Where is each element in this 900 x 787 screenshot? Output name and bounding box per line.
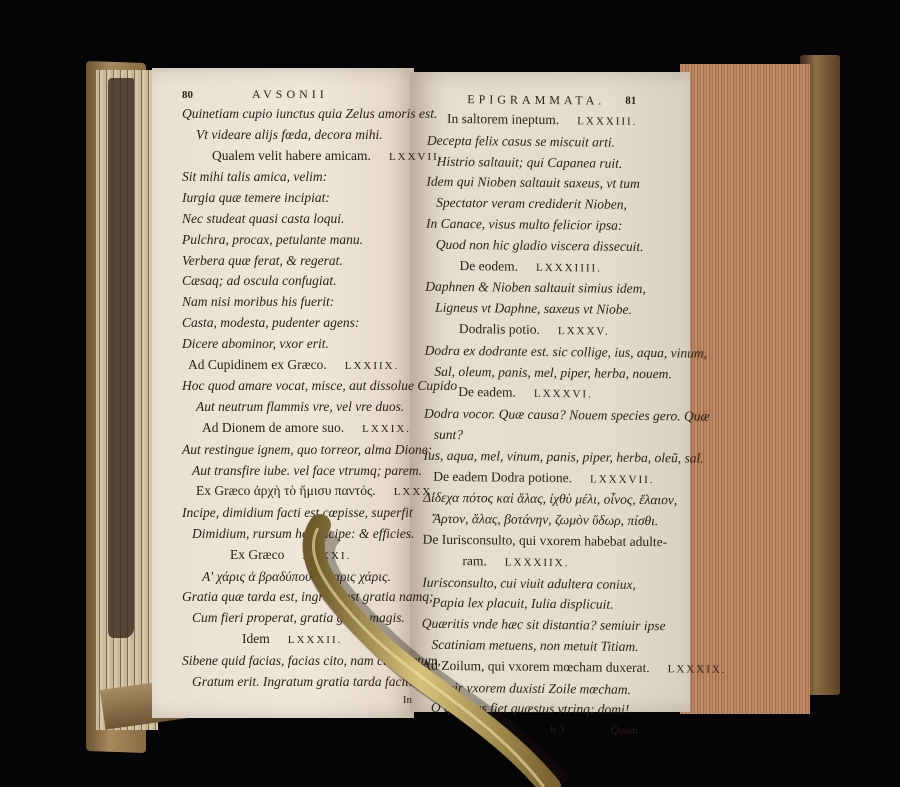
- line-text: Ἄρτον, ἅλας, βοτάνην, ζωμὸν ὕδωρ, πίσθι.: [433, 511, 659, 528]
- page-footer: b 3 Quum: [421, 719, 671, 742]
- line-text: De eodem.: [459, 258, 518, 274]
- line-text: Quod non hic gladio viscera dissecuit.: [436, 237, 644, 254]
- line-text: Quinetiam cupio iunctus quia Zelus amori…: [182, 106, 437, 121]
- text-line: In saltorem ineptum.LXXXIII.: [427, 109, 677, 133]
- right-page-lines: In saltorem ineptum.LXXXIII.Decepta feli…: [421, 109, 677, 722]
- text-line: Sibene quid facias, facias cito, nam cit…: [182, 651, 412, 672]
- line-text: Dodra vocor. Quæ causa? Nouem species ge…: [424, 406, 710, 424]
- text-line: Papia lex placuit, Iulia displicuit.: [422, 593, 672, 616]
- text-line: Aut transfire iube. vel face vtrumq; par…: [182, 461, 412, 482]
- line-text: Papia lex placuit, Iulia displicuit.: [432, 595, 614, 612]
- page-number: 81: [625, 91, 636, 112]
- page-number: 80: [182, 89, 193, 101]
- catchword: Quum: [611, 721, 638, 742]
- epigram-number: LXXXIII.: [577, 115, 637, 128]
- text-line: Qualem velit habere amicam.LXXVII.: [182, 146, 412, 168]
- text-line: Dodra ex dodrante est. sic collige, ius,…: [425, 340, 675, 363]
- left-page-text: 80 AVSONII Quinetiam cupio iunctus quia …: [182, 84, 412, 711]
- right-page-text: EPIGRAMMATA. 81 In saltorem ineptum.LXXX…: [421, 89, 678, 742]
- catchword: In: [182, 690, 412, 711]
- line-text: Dicere abominor, vxor erit.: [182, 336, 329, 351]
- text-line: Dodralis potio.LXXXV.: [425, 319, 675, 343]
- line-text: Ad Cupidinem ex Græco.: [188, 357, 327, 372]
- text-line: Sit mihi talis amica, velim:: [182, 167, 412, 188]
- text-line: Ad Cupidinem ex Græco.LXXIIX.: [182, 355, 412, 377]
- left-page-lines: Quinetiam cupio iunctus quia Zelus amori…: [182, 104, 412, 692]
- line-text: Quæritis vnde hæc sit distantia? semiuir…: [422, 616, 666, 634]
- text-line: Nam nisi moribus his fuerit:: [182, 292, 412, 313]
- right-fore-edge: [680, 64, 810, 714]
- line-text: Decepta felix casus se miscuit arti.: [427, 133, 615, 150]
- text-line: Semiuir vxorem duxisti Zoile mœcham.: [421, 677, 671, 700]
- line-text: Sibene quid facias, facias cito, nam cit…: [182, 653, 441, 668]
- line-text: Casta, modesta, pudenter agens:: [182, 315, 359, 330]
- line-text: Dimidium, rursum hoc incipe: & efficies.: [192, 526, 414, 541]
- epigram-number: LXXXVII.: [590, 473, 655, 486]
- line-text: Daphnen & Nioben saltauit simius idem,: [425, 279, 646, 296]
- text-line: Daphnen & Nioben saltauit simius idem,: [425, 277, 675, 300]
- text-line: Vt videare alijs fœda, decora mihi.: [182, 125, 412, 146]
- line-text: Nec studeat quasi casta loqui.: [182, 211, 344, 226]
- line-text: Idem: [242, 631, 270, 646]
- text-line: Cæsaq; ad oscula confugiat.: [182, 271, 412, 292]
- text-line: De eodem.LXXXIIII.: [425, 255, 675, 279]
- photo-scene: 80 AVSONII Quinetiam cupio iunctus quia …: [0, 0, 900, 787]
- line-text: Scatiniam metuens, non metuit Titiam.: [432, 637, 639, 654]
- text-line: ram.LXXXIIX.: [422, 550, 672, 574]
- line-text: De eadem.: [458, 384, 516, 400]
- line-text: Sit mihi talis amica, velim:: [182, 169, 327, 184]
- text-line: Quæritis vnde hæc sit distantia? semiuir…: [422, 614, 672, 637]
- line-text: Aut restingue ignem, quo torreor, alma D…: [182, 442, 432, 457]
- text-line: De eadem Dodra potione.LXXXVII.: [423, 466, 673, 490]
- line-text: Pulchra, procax, petulante manu.: [182, 232, 363, 247]
- left-edge-shadow: [108, 78, 134, 638]
- text-line: Ad Zoilum, qui vxorem mœcham duxerat.LXX…: [421, 655, 671, 679]
- line-text: sunt?: [434, 427, 463, 442]
- text-line: Ad Dionem de amore suo.LXXIX.: [182, 418, 412, 440]
- line-text: Cum fieri properat, gratia grata magis.: [192, 610, 405, 625]
- text-line: Nec studeat quasi casta loqui.: [182, 209, 412, 230]
- line-text: Idem qui Nioben saltauit saxeus, vt tum: [426, 174, 640, 191]
- line-text: Cæsaq; ad oscula confugiat.: [182, 273, 337, 288]
- line-text: In saltorem ineptum.: [447, 111, 559, 127]
- line-text: In Canace, visus multo felicior ipsa:: [426, 216, 623, 233]
- line-text: Hoc quod amare vocat, misce, aut dissolu…: [182, 378, 457, 393]
- running-head: EPIGRAMMATA.: [467, 89, 605, 111]
- epigram-number: LXXXIX.: [668, 663, 727, 676]
- text-line: Iurgia quæ temere incipiat:: [182, 188, 412, 209]
- text-line: De eadem.LXXXVI.: [424, 382, 674, 406]
- line-text: Qualem velit habere amicam.: [212, 148, 371, 163]
- line-text: Incipe, dimidium facti est cœpisse, supe…: [182, 505, 413, 520]
- text-line: Hoc quod amare vocat, misce, aut dissolu…: [182, 376, 412, 397]
- line-text: O quantus fiet quæstus vtrinq; domi!: [431, 700, 630, 717]
- text-line: sunt?: [424, 425, 674, 448]
- text-line: Dicere abominor, vxor erit.: [182, 334, 412, 355]
- text-line: Δίδεχα πότος καὶ ἅλας, ἰχθὺ μέλι, οἶνος,…: [423, 488, 673, 511]
- text-line: Aut neutrum flammis vre, vel vre duos.: [182, 397, 412, 418]
- text-line: Aut restingue ignem, quo torreor, alma D…: [182, 440, 412, 461]
- line-text: Nam nisi moribus his fuerit:: [182, 294, 334, 309]
- text-line: Pulchra, procax, petulante manu.: [182, 230, 412, 251]
- line-text: Vt videare alijs fœda, decora mihi.: [196, 127, 383, 142]
- line-text: Ad Dionem de amore suo.: [202, 420, 344, 435]
- line-text: ram.: [462, 553, 487, 568]
- text-line: Spectator veram crediderit Nioben,: [426, 193, 676, 216]
- text-line: Cum fieri properat, gratia grata magis.: [182, 608, 412, 629]
- line-text: De Iurisconsulto, qui vxorem habebat adu…: [423, 532, 668, 550]
- text-line: Ex GræcoLXXXI.: [182, 545, 412, 567]
- epigram-number: LXXIIX.: [345, 360, 400, 372]
- line-text: Ex Græco: [230, 547, 284, 562]
- text-line: IdemLXXXII.: [182, 629, 412, 651]
- text-line: Sal, oleum, panis, mel, piper, herba, no…: [424, 361, 674, 384]
- line-text: Aut transfire iube. vel face vtrumq; par…: [192, 463, 422, 478]
- line-text: Gratum erit. Ingratum gratia tarda facit…: [192, 674, 412, 689]
- text-line: Ius, aqua, mel, vinum, panis, piper, her…: [423, 445, 673, 468]
- text-line: Idem qui Nioben saltauit saxeus, vt tum: [426, 172, 676, 195]
- text-line: Verbera quæ ferat, & regerat.: [182, 251, 412, 272]
- text-line: Dimidium, rursum hoc incipe: & efficies.: [182, 524, 412, 545]
- text-line: De Iurisconsulto, qui vxorem habebat adu…: [423, 530, 673, 553]
- running-head: AVSONII: [252, 84, 328, 105]
- line-text: Dodralis potio.: [459, 321, 540, 337]
- text-line: Iurisconsulto, cui viuit adultera coniux…: [422, 572, 672, 595]
- text-line: In Canace, visus multo felicior ipsa:: [426, 214, 676, 237]
- text-line: Scatiniam metuens, non metuit Titiam.: [421, 635, 671, 658]
- line-text: Semiuir vxorem duxisti Zoile mœcham.: [421, 679, 631, 696]
- line-text: Α' χάρις ἁ βραδύπους ἄχαρις χάρις.: [202, 569, 391, 584]
- signature-mark: b 3: [551, 720, 565, 741]
- epigram-number: LXXXV.: [558, 325, 610, 338]
- line-text: Dodra ex dodrante est. sic collige, ius,…: [425, 342, 707, 360]
- text-line: Ἄρτον, ἅλας, βοτάνην, ζωμὸν ὕδωρ, πίσθι.: [423, 509, 673, 532]
- line-text: Iurisconsulto, cui viuit adultera coniux…: [422, 574, 636, 591]
- line-text: Ad Zoilum, qui vxorem mœcham duxerat.: [421, 657, 649, 674]
- text-line: Quinetiam cupio iunctus quia Zelus amori…: [182, 104, 412, 125]
- line-text: Sal, oleum, panis, mel, piper, herba, no…: [434, 363, 672, 380]
- text-line: Quod non hic gladio viscera dissecuit.: [426, 234, 676, 257]
- text-line: Histrio saltauit; qui Capanea ruit.: [427, 151, 677, 174]
- text-line: O quantus fiet quæstus vtrinq; domi!: [421, 698, 671, 721]
- text-line: Decepta felix casus se miscuit arti.: [427, 131, 677, 154]
- line-text: Gratia quæ tarda est, ingrata est gratia…: [182, 589, 434, 604]
- epigram-number: LXXXI.: [302, 550, 351, 562]
- line-text: Verbera quæ ferat, & regerat.: [182, 253, 343, 268]
- epigram-number: LXXXII.: [288, 634, 343, 646]
- left-page-header: 80 AVSONII: [182, 84, 412, 104]
- text-line: Dodra vocor. Quæ causa? Nouem species ge…: [424, 404, 674, 427]
- text-line: Ligneus vt Daphne, saxeus vt Niobe.: [425, 298, 675, 321]
- line-text: Ius, aqua, mel, vinum, panis, piper, her…: [423, 447, 703, 465]
- epigram-number: LXXIX.: [362, 423, 411, 435]
- text-line: Α' χάρις ἁ βραδύπους ἄχαρις χάρις.: [182, 567, 412, 588]
- line-text: Δίδεχα πότος καὶ ἅλας, ἰχθὺ μέλι, οἶνος,…: [423, 490, 677, 508]
- text-line: Incipe, dimidium facti est cœpisse, supe…: [182, 503, 412, 524]
- line-text: De eadem Dodra potione.: [433, 468, 572, 484]
- text-line: Gratum erit. Ingratum gratia tarda facit…: [182, 672, 412, 693]
- text-line: Casta, modesta, pudenter agens:: [182, 313, 412, 334]
- text-line: Gratia quæ tarda est, ingrata est gratia…: [182, 587, 412, 608]
- line-text: Histrio saltauit; qui Capanea ruit.: [437, 153, 623, 170]
- text-line: Ex Græco ἀρχὴ τὸ ἥμισυ παντός.LXXX.: [182, 481, 412, 503]
- epigram-number: LXXXIIX.: [505, 556, 570, 569]
- line-text: Ligneus vt Daphne, saxeus vt Niobe.: [435, 300, 632, 317]
- line-text: Ex Græco ἀρχὴ τὸ ἥμισυ παντός.: [196, 483, 376, 498]
- epigram-number: LXXXVI.: [534, 388, 593, 401]
- right-page-header: EPIGRAMMATA. 81: [427, 89, 677, 112]
- epigram-number: LXXXIIII.: [536, 261, 602, 274]
- line-text: Aut neutrum flammis vre, vel vre duos.: [196, 399, 404, 414]
- line-text: Iurgia quæ temere incipiat:: [182, 190, 330, 205]
- line-text: Spectator veram crediderit Nioben,: [436, 195, 627, 212]
